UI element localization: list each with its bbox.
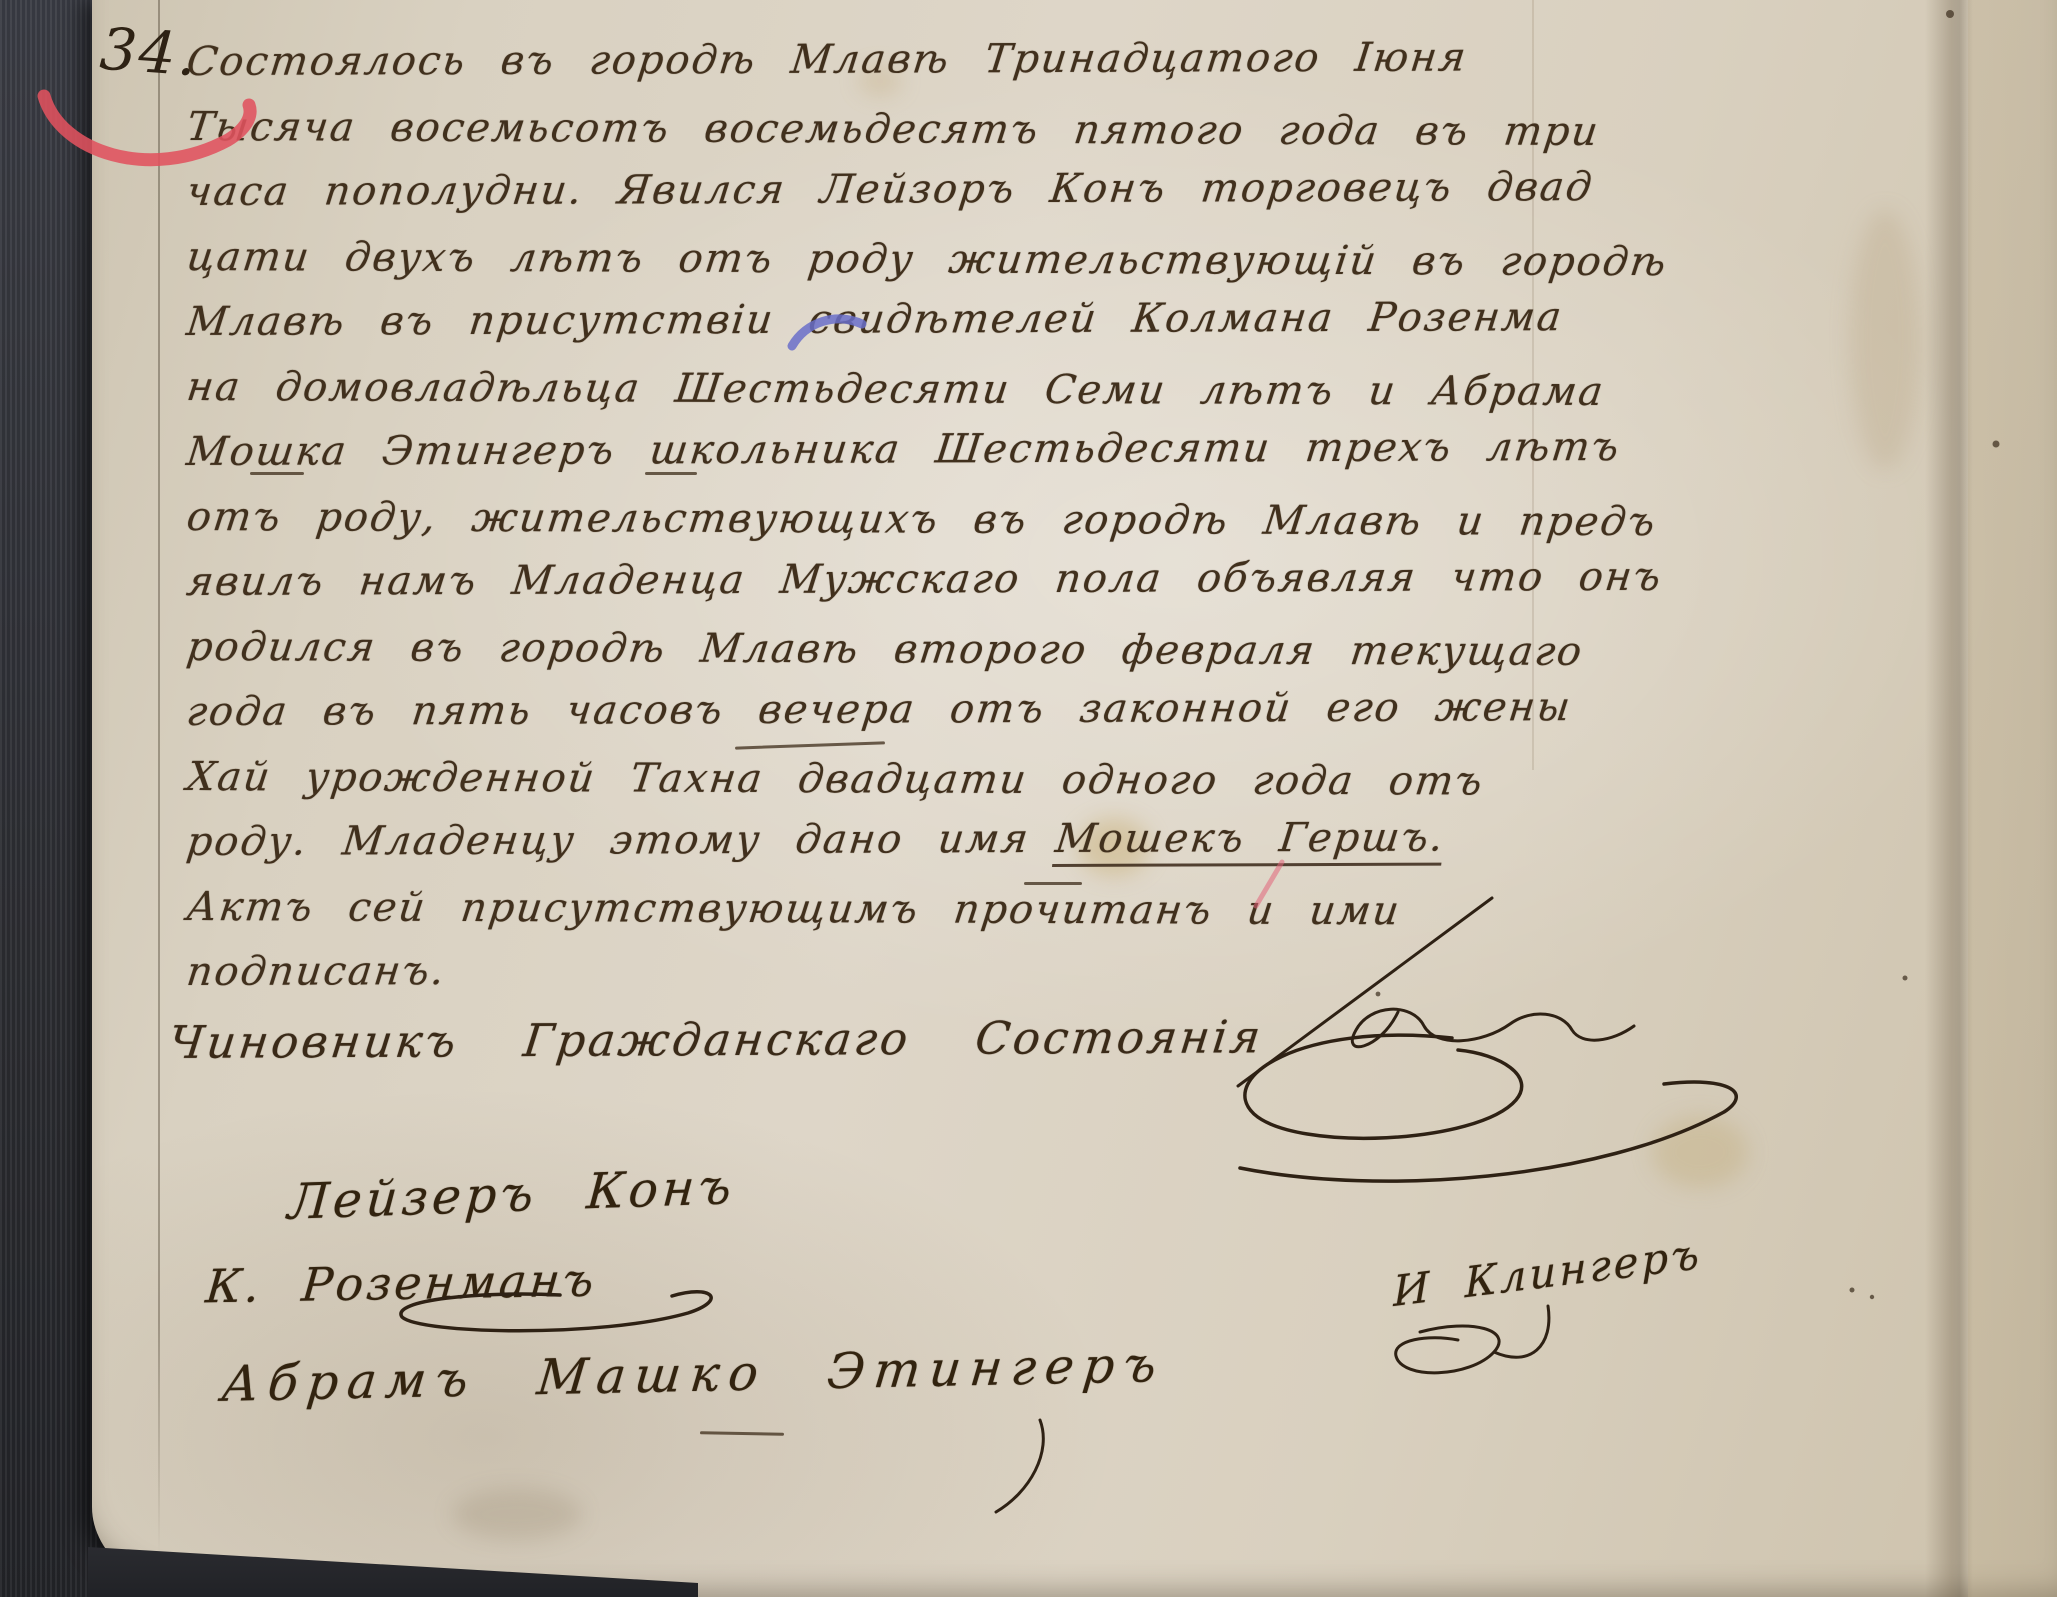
official-title-line: Чиновникъ Гражданскаго Состоянія (166, 1010, 1266, 1069)
act-line-child-name: роду. Младенцу этому дано имяМошекъ Герш… (183, 805, 1672, 875)
table-fabric-background (0, 0, 100, 1597)
signature-witness-1: К. Розенманъ (204, 1253, 599, 1314)
act-line: Млавѣ въ присутствіи свидѣтелей Колмана … (183, 285, 1672, 355)
age-stain (1652, 1116, 1748, 1188)
underline-shk (645, 472, 697, 475)
margin-rule-line (158, 0, 160, 1555)
act-body-text: Состоялось въ городѣ Млавѣ Тринадцатого … (183, 30, 1664, 1005)
name-line-prefix: роду. Младенцу этому дано имя (184, 816, 1032, 865)
adjacent-page-edge (1968, 0, 2057, 1597)
act-line: подписанъ. (183, 935, 1672, 1005)
underline-child-name-second (1024, 882, 1082, 885)
child-name: Мошекъ Гершъ. (1052, 815, 1447, 867)
act-line: часа пополудни. Явился Лейзоръ Конъ торг… (183, 155, 1672, 225)
binding-crease (1925, 0, 1973, 1597)
age-stain (452, 1488, 582, 1540)
act-line: года въ пять часовъ вечера отъ законной … (183, 675, 1672, 745)
age-stain (1850, 210, 1920, 470)
underline-shk (250, 472, 304, 475)
act-line: Мошка Этингеръ школьника Шестьдесяти тре… (183, 415, 1672, 485)
act-line: Состоялось въ городѣ Млавѣ Тринадцатого … (183, 25, 1672, 95)
act-line: явилъ намъ Младенца Мужскаго пола объявл… (183, 545, 1672, 615)
register-page-photo: 34. Состоялось въ городѣ Млавѣ Тринадцат… (0, 0, 2057, 1597)
